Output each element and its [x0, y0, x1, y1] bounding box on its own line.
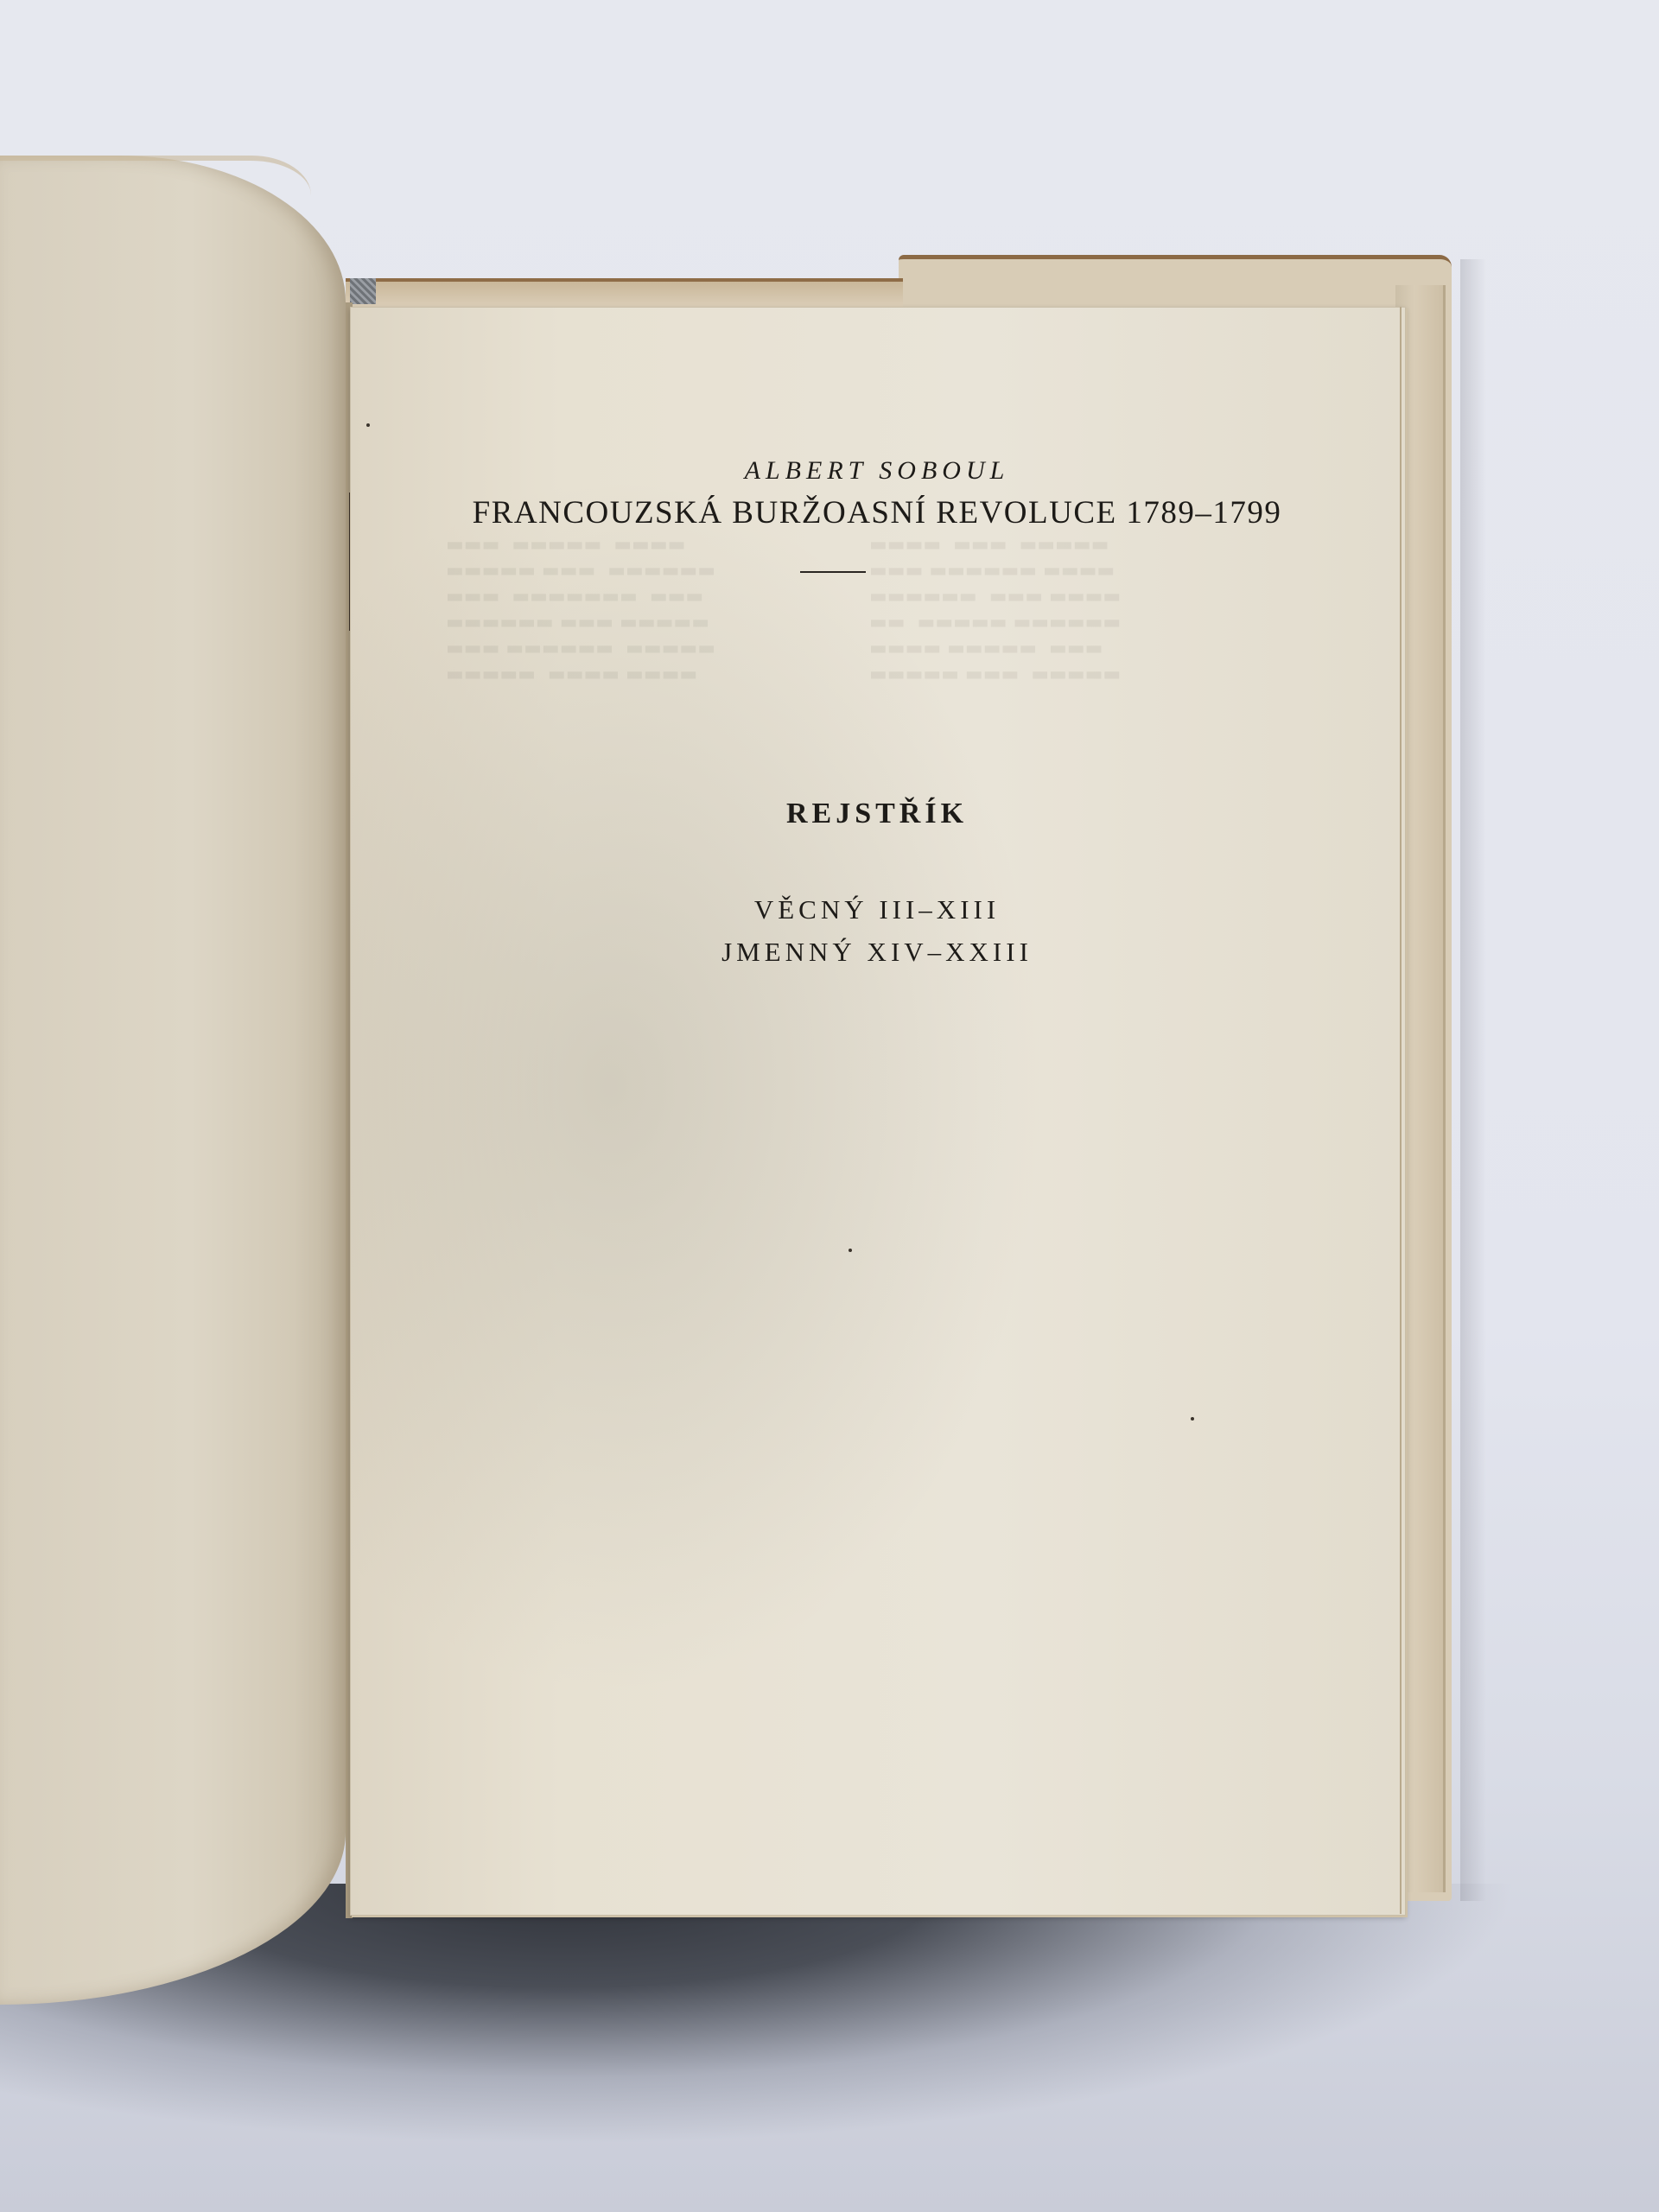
- page-fore-edge: [1400, 307, 1402, 1914]
- index-entry-names: JMENNÝ XIV–XXIII: [350, 937, 1404, 968]
- paper-speck: [1191, 1417, 1194, 1421]
- book-title: FRANCOUZSKÁ BURŽOASNÍ REVOLUCE 1789–1799: [350, 494, 1404, 531]
- left-page: [0, 156, 346, 2005]
- binding-cloth: [350, 278, 376, 304]
- photo-scene: ▬▬▬ ▬▬▬▬▬ ▬▬▬▬ ▬▬▬▬▬ ▬▬▬ ▬▬▬▬▬▬ ▬▬▬ ▬▬▬▬…: [0, 0, 1659, 2212]
- title-rule: [800, 571, 866, 573]
- book-shadow-right: [1460, 259, 1486, 1901]
- index-heading: REJSTŘÍK: [350, 798, 1404, 830]
- author-name: ALBERT SOBOUL: [350, 456, 1404, 486]
- paper-speck: [849, 1249, 852, 1252]
- left-page-edge: [0, 156, 311, 195]
- bleed-through-text-right: ▬▬▬▬ ▬▬▬ ▬▬▬▬▬ ▬▬▬ ▬▬▬▬▬▬ ▬▬▬▬ ▬▬▬▬▬▬ ▬▬…: [869, 532, 1121, 688]
- index-entry-subject: VĚCNÝ III–XIII: [350, 894, 1404, 925]
- paper-speck: [366, 423, 370, 427]
- right-page: ▬▬▬ ▬▬▬▬▬ ▬▬▬▬ ▬▬▬▬▬ ▬▬▬ ▬▬▬▬▬▬ ▬▬▬ ▬▬▬▬…: [350, 307, 1406, 1916]
- bleed-through-text-left: ▬▬▬ ▬▬▬▬▬ ▬▬▬▬ ▬▬▬▬▬ ▬▬▬ ▬▬▬▬▬▬ ▬▬▬ ▬▬▬▬…: [446, 532, 715, 688]
